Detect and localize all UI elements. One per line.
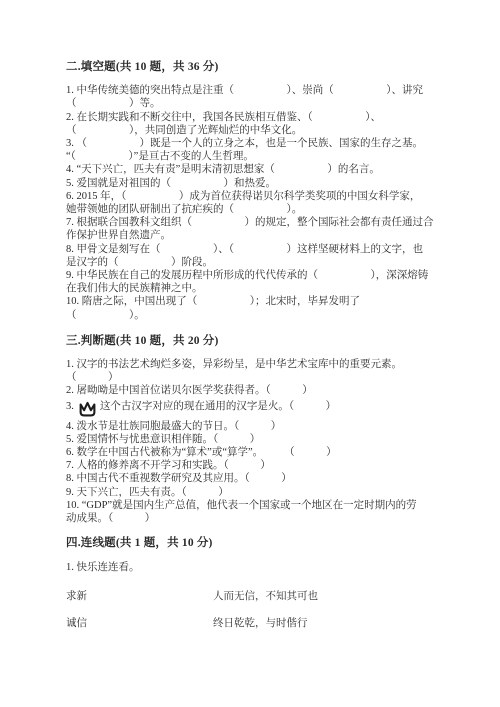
judge-item-6: 6. 数学在中国古代被称为“算术”或“算学”。 （ ） — [66, 446, 438, 459]
matching-right-quote: 终日乾乾，与时偕行 — [213, 617, 438, 630]
fill-item-3: 3. （ ）既是一个人的立身之本，也是一个民族、国家的生存之基。 “（ ）”是亘… — [66, 137, 438, 163]
fill-blank-section-title: 二.填空题(共 10 题，共 36 分) — [66, 61, 438, 74]
fill-item-5: 5. 爱国就是对祖国的（ ）和热爱。 — [66, 177, 438, 190]
judge-item-5: 5. 爱国情怀与忧患意识相伴随。（ ） — [66, 433, 438, 446]
section-fill-blank: 二.填空题(共 10 题，共 36 分) 1. 中华传统美德的突出特点是注重（ … — [66, 61, 438, 322]
matching-left-term: 求新 — [66, 590, 213, 603]
judge-item-3: 3.这个古汉字对应的现在通用的汉字是火。（ ） — [66, 398, 438, 420]
judge-item-7: 7. 人格的修养离不开学习和实践。（ ） — [66, 459, 438, 472]
judge-item-8: 8. 中国古代不重视数学研究及其应用。（ ） — [66, 472, 438, 485]
judge-item-4: 4. 泼水节是壮族同胞最盛大的节日。（ ） — [66, 420, 438, 433]
judge-item-10: 10. “GDP”就是国内生产总值，他代表一个国家或一个地区在一定时期内的劳 动… — [66, 499, 438, 525]
fill-item-2: 2. 在长期实践和不断交往中，我国各民族相互借鉴、（ ）、 （ ），共同创造了光… — [66, 111, 438, 137]
matching-section-title: 四.连线题(共 1 题，共 10 分) — [66, 537, 438, 550]
fill-item-8: 8. 甲骨文是刻写在（ ）、（ ）这样坚硬材料上的文字，也 是汉字的（ ）阶段。 — [66, 243, 438, 269]
matching-intro: 1. 快乐连连看。 — [66, 561, 438, 574]
matching-pairs: 求新 人而无信，不知其可也 诚信 终日乾乾，与时偕行 — [66, 590, 438, 630]
fill-item-10: 10. 隋唐之际，中国出现了（ ）；北宋时，毕昇发明了 （ ）。 — [66, 295, 438, 321]
fill-item-1: 1. 中华传统美德的突出特点是注重（ ）、崇尚（ ）、讲究 （ ）等。 — [66, 84, 438, 110]
fill-item-4: 4. “天下兴亡，匹夫有责”是明末清初思想家（ ）的名言。 — [66, 163, 438, 176]
fill-item-6: 6. 2015 年，（ ）成为首位获得诺贝尔科学类奖项的中国女科学家， 她带领她… — [66, 190, 438, 216]
judge-item-9: 9. 天下兴亡，匹夫有责。（ ） — [66, 486, 438, 499]
fill-item-9: 9. 中华民族在自己的发展历程中所形成的代代传承的（ ），深深熔铸 在我们伟大的… — [66, 269, 438, 295]
section-matching: 四.连线题(共 1 题，共 10 分) 1. 快乐连连看。 求新 人而无信，不知… — [66, 537, 438, 629]
oracle-bone-character-icon — [77, 398, 98, 420]
matching-left-term: 诚信 — [66, 617, 213, 630]
judge-item-3-text: 这个古汉字对应的现在通用的汉字是火。（ ） — [100, 401, 336, 412]
matching-right-quote: 人而无信，不知其可也 — [213, 590, 438, 603]
judge-item-1: 1. 汉字的书法艺术绚烂多姿，异彩纷呈，是中华艺术宝库中的重要元素。 （ ） — [66, 358, 438, 384]
matching-pair-row: 诚信 终日乾乾，与时偕行 — [66, 617, 438, 630]
fill-item-7: 7. 根据联合国教科文组织（ ）的规定，整个国际社会都有责任通过合 作保护世界自… — [66, 216, 438, 242]
matching-pair-row: 求新 人而无信，不知其可也 — [66, 590, 438, 603]
true-false-section-title: 三.判断题(共 10 题，共 20 分) — [66, 335, 438, 348]
judge-item-2: 2. 屠呦呦是中国首位诺贝尔医学奖获得者。（ ） — [66, 384, 438, 397]
section-true-false: 三.判断题(共 10 题，共 20 分) 1. 汉字的书法艺术绚烂多姿，异彩纷呈… — [66, 335, 438, 525]
exam-document-page: 二.填空题(共 10 题，共 36 分) 1. 中华传统美德的突出特点是注重（ … — [0, 0, 500, 707]
judge-item-3-number: 3. — [66, 401, 74, 412]
